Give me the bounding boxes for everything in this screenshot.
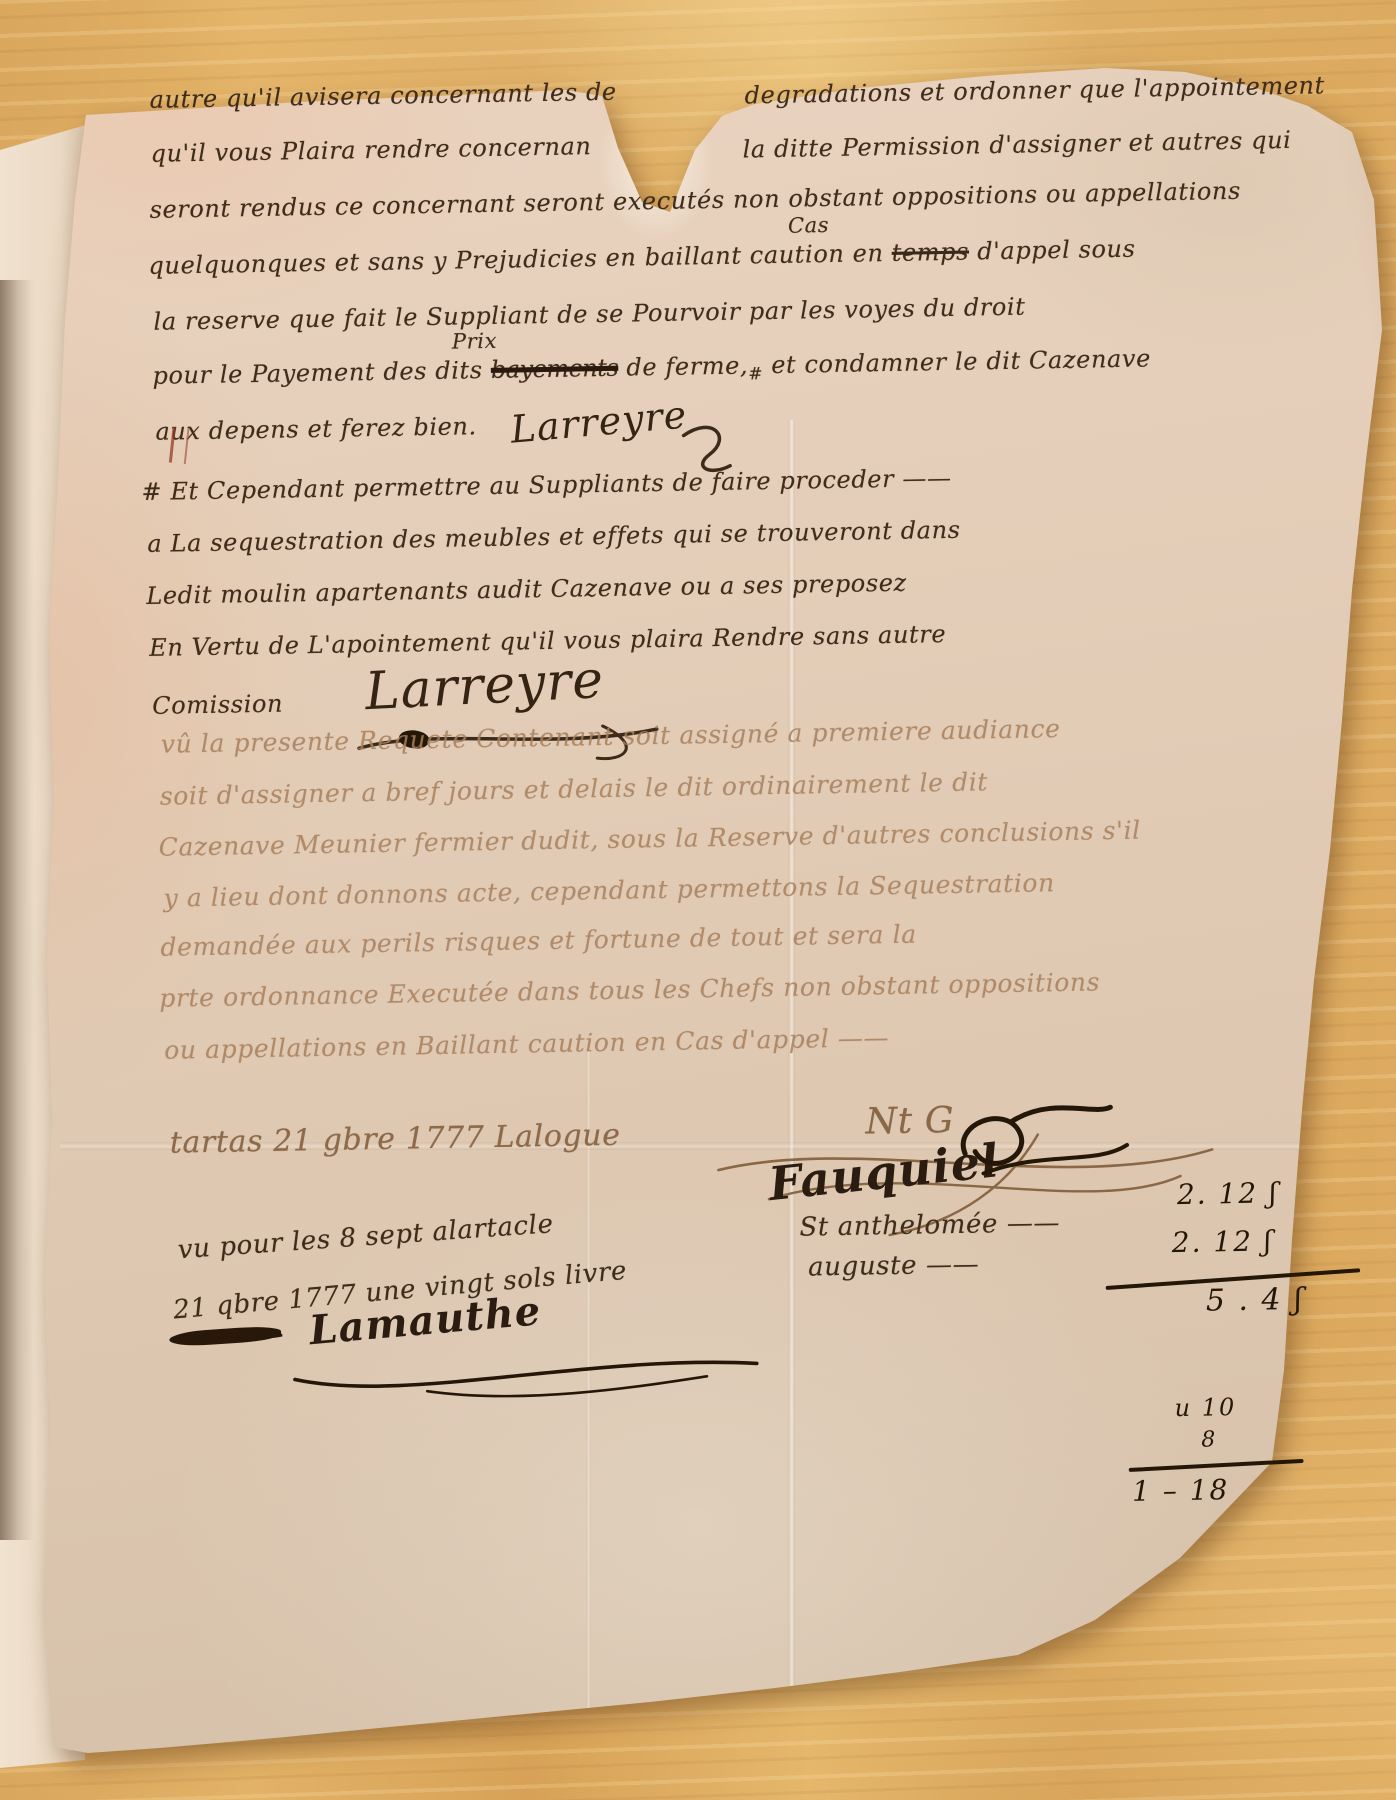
struck-out-word-scribble [169, 1325, 282, 1348]
addition-line-5: Comission [152, 690, 283, 720]
main-line-4-text: quelquonques et sans y Prejudicies en ba… [148, 239, 883, 280]
dateline: tartas 21 gbre 1777 Lalogue [170, 1118, 621, 1161]
ordonnance-line-7: ou appellations en Baillant caution en C… [164, 1023, 889, 1065]
main-line-1-left: autre qu'il avisera concernant les de [149, 78, 617, 114]
signature-larreyre-1: Larreyre [509, 392, 689, 451]
main-line-2-right: la ditte Permission d'assigner et autres… [742, 126, 1291, 164]
main-line-7: aux depens et ferez bien. [155, 412, 477, 446]
addition-line-2: a La sequestration des meubles et effets… [147, 516, 961, 558]
calc-rule [1129, 1459, 1304, 1472]
main-line-2-left: qu'il vous Plaira rendre concernan [150, 132, 591, 168]
main-line-4: quelquonques et sans y Prejudicies en ba… [148, 235, 1135, 280]
note-saint-anthelomee: St anthelomée —— [799, 1208, 1060, 1243]
amount-row-1: 2. 12 ʃ [1177, 1176, 1279, 1211]
main-line-1-right: degradations et ordonner que l'appointem… [744, 71, 1325, 109]
calc-top: u 10 [1174, 1393, 1236, 1422]
ordonnance-line-6: prte ordonnance Executée dans tous les C… [159, 967, 1100, 1012]
calc-result: 1 – 18 [1132, 1473, 1230, 1508]
insertion-reference-mark: # [748, 364, 763, 384]
calc-mid: 8 [1201, 1427, 1217, 1452]
addition-line-3: Ledit moulin apartenants audit Cazenave … [146, 569, 907, 610]
addition-line-1: # Et Cependant permettre au Suppliants d… [141, 464, 952, 506]
struck-word-temps: temps [892, 238, 970, 267]
ordonnance-line-2: soit d'assigner a bref jours et delais l… [160, 767, 989, 810]
signature-larreyre-2: Larreyre [364, 650, 606, 722]
main-line-5: la reserve que fait le Suppliant de se P… [153, 293, 1025, 336]
ordonnance-line-4: y a lieu dont donnons acte, cependant pe… [163, 868, 1055, 913]
struck-word-bayements: bayements [491, 354, 619, 384]
manuscript-photo: autre qu'il avisera concernant les de de… [0, 0, 1396, 1800]
signature-lamauthe-flourish [286, 1341, 767, 1413]
main-line-3: seront rendus ce concernant seront execu… [149, 177, 1241, 224]
amount-row-2: 2. 12 ʃ [1171, 1224, 1273, 1259]
note-auguste: auguste —— [808, 1250, 980, 1283]
main-line-6-text: pour le Payement des dits [152, 356, 483, 390]
signature-fauquiel-paraph [942, 1089, 1144, 1196]
main-line-6-end: et condamner le dit Cazenave [771, 344, 1151, 379]
main-line-6: pour le Payement des dits bayements de f… [152, 344, 1151, 394]
interline-insert-prix: Prix [452, 329, 498, 354]
red-ink-mark [169, 427, 190, 465]
main-line-6-mid: de ferme, [626, 351, 748, 381]
interline-insert-cas: Cas [788, 213, 830, 238]
ordonnance-line-5: demandée aux perils risques et fortune d… [160, 920, 917, 962]
amount-total: 5 . 4 ʃ [1205, 1282, 1304, 1319]
ordonnance-line-3: Cazenave Meunier fermier dudit, sous la … [158, 816, 1141, 862]
main-line-4-end: d'appel sous [977, 235, 1136, 266]
handwriting-layer: autre qu'il avisera concernant les de de… [0, 0, 1396, 1800]
registration-line-1: vu pour les 8 sept alartacle [177, 1209, 555, 1265]
